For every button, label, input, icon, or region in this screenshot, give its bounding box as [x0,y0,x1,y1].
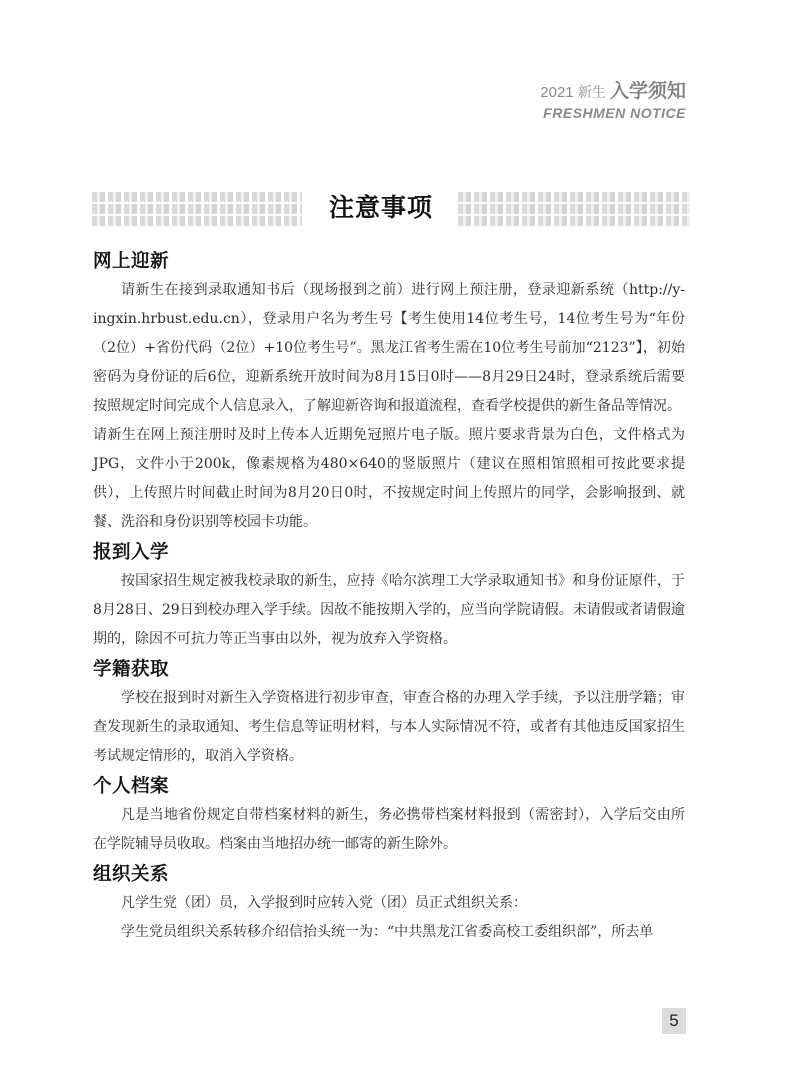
section-heading: 组织关系 [93,861,685,889]
header-english: FRESHMEN NOTICE [540,103,686,123]
decorative-pattern-right [458,190,690,226]
header-big-label: 入学须知 [610,81,686,102]
header-small-label: 新生 [578,84,606,100]
section-heading: 网上迎新 [93,248,685,276]
section-heading: 个人档案 [93,773,685,801]
document-body: 网上迎新 请新生在接到录取通知书后（现场报到之前）进行网上预注册，登录迎新系统（… [93,248,685,947]
paragraph: 请新生在网上预注册时及时上传本人近期免冠照片电子版。照片要求背景为白色，文件格式… [93,421,685,537]
section-heading: 报到入学 [93,539,685,567]
section-organization: 组织关系 凡学生党（团）员，入学报到时应转入党（团）员正式组织关系： 学生党员组… [93,861,685,947]
paragraph: 学生党员组织关系转移介绍信抬头统一为：“中共黑龙江省委高校工委组织部”，所去单 [93,918,685,947]
paragraph: 凡学生党（团）员，入学报到时应转入党（团）员正式组织关系： [93,889,685,918]
decorative-pattern-left [92,190,302,226]
paragraph: 学校在报到时对新生入学资格进行初步审查，审查合格的办理入学手续，予以注册学籍；审… [93,684,685,771]
title-band: 注意事项 [92,190,690,226]
running-header: 2021 新生 入学须知 FRESHMEN NOTICE [540,82,686,123]
header-year: 2021 [540,84,573,101]
section-enrollment: 报到入学 按国家招生规定被我校录取的新生，应持《哈尔滨理工大学录取通知书》和身份… [93,539,685,654]
paragraph: 按国家招生规定被我校录取的新生，应持《哈尔滨理工大学录取通知书》和身份证原件，于… [93,567,685,654]
header-title: 2021 新生 入学须知 [540,82,686,103]
paragraph: 请新生在接到录取通知书后（现场报到之前）进行网上预注册，登录迎新系统（http:… [93,276,685,421]
page-title: 注意事项 [314,190,448,226]
section-personal-file: 个人档案 凡是当地省份规定自带档案材料的新生，务必携带档案材料报到（需密封），入… [93,773,685,859]
page-number: 5 [662,1008,686,1034]
section-heading: 学籍获取 [93,656,685,684]
section-online-registration: 网上迎新 请新生在接到录取通知书后（现场报到之前）进行网上预注册，登录迎新系统（… [93,248,685,537]
section-student-status: 学籍获取 学校在报到时对新生入学资格进行初步审查，审查合格的办理入学手续，予以注… [93,656,685,771]
paragraph: 凡是当地省份规定自带档案材料的新生，务必携带档案材料报到（需密封），入学后交由所… [93,801,685,859]
